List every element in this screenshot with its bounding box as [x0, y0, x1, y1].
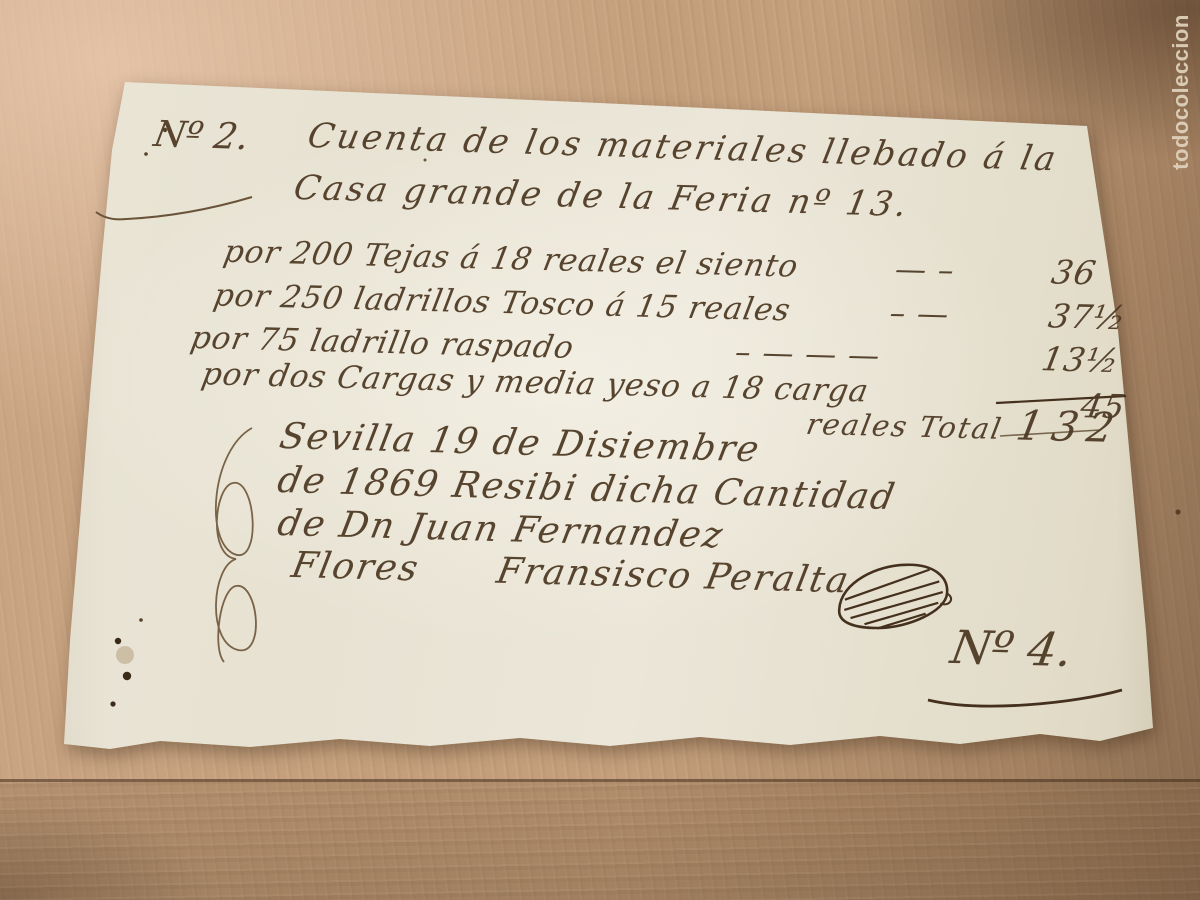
total-label: reales Total [804, 407, 1006, 446]
number2-underline-swash [96, 197, 252, 219]
watermark-text: todocoleccion [1168, 14, 1194, 170]
total-row: reales Total132 [803, 396, 1127, 452]
item-dashes: — – [892, 251, 958, 288]
doc-number-bottom: Nº 4. [947, 620, 1076, 677]
margin-flourish [216, 428, 256, 662]
payer-surname: Flores [288, 545, 423, 589]
doc-number-top: Nº 2. [151, 114, 252, 158]
total-value: 132 [1013, 401, 1127, 452]
item-value: 13½ [1039, 339, 1123, 380]
item-value: 36 [1049, 252, 1100, 292]
watermark: todocoleccion [1146, 12, 1200, 172]
item-dashes: – — [887, 295, 953, 332]
wood-knot [1175, 509, 1180, 514]
photo-of-receipt: Nº 2. Cuenta de los materiales llebado á… [0, 0, 1200, 900]
footer-underline-flourish [928, 690, 1122, 706]
worm-holes [110, 618, 142, 706]
item-value: 37½ [1046, 296, 1130, 337]
